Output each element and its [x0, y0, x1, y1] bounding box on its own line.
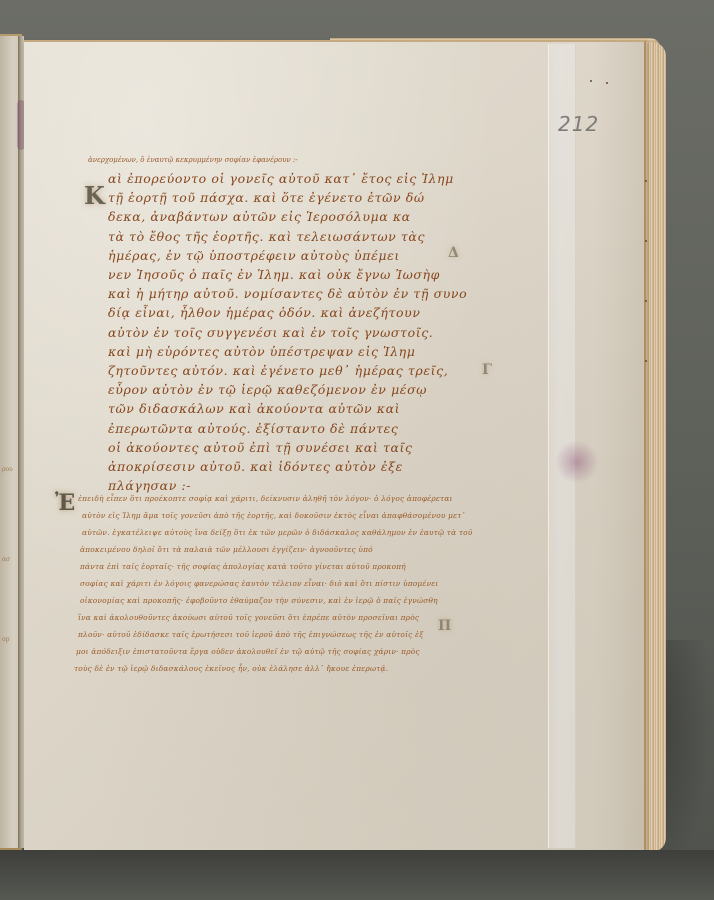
- commentary-line: πλοῦν· αὐτοῦ ἐδίδασκε ταῖς ἐρωτήσεσι τοῦ…: [78, 626, 498, 643]
- commentary-line: ἐπειδὴ εἶπεν ὅτι προέκοπτε σοφίᾳ καὶ χάρ…: [78, 490, 498, 507]
- commentary-block: ἐπειδὴ εἶπεν ὅτι προέκοπτε σοφίᾳ καὶ χάρ…: [78, 490, 498, 677]
- commentary-line: αὐτὸν εἰς Ἱλημ ἅμα τοῖς γονεῦσι ἀπὸ τῆς …: [82, 507, 502, 524]
- text-line: εὗρον αὐτὸν ἐν τῷ ἱερῷ καθεζόμενον ἐν μέ…: [108, 380, 480, 399]
- commentary-line: σοφίας καὶ χάριτι ἐν λόγοις φανερώσας ἑα…: [80, 575, 500, 592]
- text-line: ζητοῦντες αὐτόν. καὶ ἐγένετο μεθ᾽ ἡμέρας…: [108, 361, 480, 380]
- text-line: ἡμέρας, ἐν τῷ ὑποστρέφειν αὐτοὺς ὑπέμει: [108, 246, 480, 265]
- top-gloss-line: ἀνερχομένων, ὅ ἐναυτῷ κεκρυμμένην σοφίαν…: [88, 155, 460, 165]
- pricking-hole: [606, 82, 608, 84]
- folio-number: 212: [558, 112, 599, 136]
- pricking-hole: [590, 80, 592, 82]
- pricking-hole: [645, 300, 647, 302]
- verso-text-fragment: ασ: [2, 556, 10, 564]
- text-line: αὐτὸν ἐν τοῖς συγγενέσι καὶ ἐν τοῖς γνωσ…: [108, 323, 480, 342]
- pricking-hole: [645, 360, 647, 362]
- text-line: δεκα, ἀναβάντων αὐτῶν εἰς Ἱεροσόλυμα κα: [108, 207, 480, 226]
- verso-text-fragment: ρου: [2, 466, 13, 474]
- verso-text-fragment: οp: [2, 636, 9, 644]
- background-bottom: [0, 850, 714, 900]
- text-line: τῇ ἑορτῇ τοῦ πάσχα. καὶ ὅτε ἐγένετο ἐτῶν…: [108, 188, 480, 207]
- text-line: τῶν διδασκάλων καὶ ἀκούοντα αὐτῶν καὶ: [108, 399, 480, 418]
- commentary-line: ἀποκειμένου δηλοῖ ὅτι τὰ παλαιὰ τῶν μέλλ…: [80, 541, 500, 558]
- text-line: αὶ ἐπορεύοντο οἱ γονεῖς αὐτοῦ κατ᾽ ἔτος …: [108, 169, 480, 188]
- commentary-line: τοὺς δὲ ἐν τῷ ἱερῷ διδασκάλους ἐκεῖνος ἦ…: [74, 660, 494, 677]
- commentary-line: πάντα ἐπὶ ταῖς ἑορταῖς· τῆς σοφίας ἀπολο…: [80, 558, 500, 575]
- main-text-block: ἀνερχομένων, ὅ ἐναυτῷ κεκρυμμένην σοφίαν…: [90, 155, 460, 495]
- text-line: δίᾳ εἶναι, ἦλθον ἡμέρας ὁδόν. καὶ ἀνεζήτ…: [108, 303, 480, 322]
- pricking-hole: [645, 240, 647, 242]
- commentary-line: μοι ἀπόδειξιν ἐπιστατοῦντα ἔργα οὐδεν ἀκ…: [76, 643, 496, 660]
- commentary-line: ἵνα καὶ ἀκολουθοῦντες ἀκούωσι αὐτοῦ τοῖς…: [78, 609, 498, 626]
- pricking-hole: [645, 180, 647, 182]
- text-line: νεν Ἰησοῦς ὁ παῖς ἐν Ἱλημ. καὶ οὐκ ἔγνω …: [108, 265, 480, 284]
- text-line: ἐπερωτῶντα αὐτούς. ἐξίσταντο δὲ πάντες: [108, 419, 480, 438]
- margin-section-mark: Δ: [448, 245, 459, 261]
- text-line: ἀποκρίσεσιν αὐτοῦ. καὶ ἰδόντες αὐτὸν ἐξε: [108, 457, 480, 476]
- margin-section-mark: Γ: [482, 362, 492, 378]
- commentary-line: οἰκονομίας καὶ προκοπῆς· ἐφοβοῦντο ἐθαύμ…: [80, 592, 500, 609]
- purple-stain: [555, 440, 599, 484]
- text-line: καὶ μὴ εὑρόντες αὐτὸν ὑπέστρεψαν εἰς Ἱλη…: [108, 342, 480, 361]
- commentary-initial: Ἐ: [55, 490, 75, 516]
- text-line: τὰ τὸ ἔθος τῆς ἑορτῆς. καὶ τελειωσάντων …: [108, 227, 480, 246]
- page-curl-shadow: [594, 42, 644, 850]
- text-line: καὶ ἡ μήτηρ αὐτοῦ. νομίσαντες δὲ αὐτὸν ἐ…: [108, 284, 480, 303]
- text-line: οἱ ἀκούοντες αὐτοῦ ἐπὶ τῇ συνέσει καὶ τα…: [108, 438, 480, 457]
- decorated-initial: Κ: [84, 181, 105, 210]
- commentary-line: αὐτῶν. ἐγκατέλειψε αὐτοὺς ἵνα δείξῃ ὅτι …: [82, 524, 502, 541]
